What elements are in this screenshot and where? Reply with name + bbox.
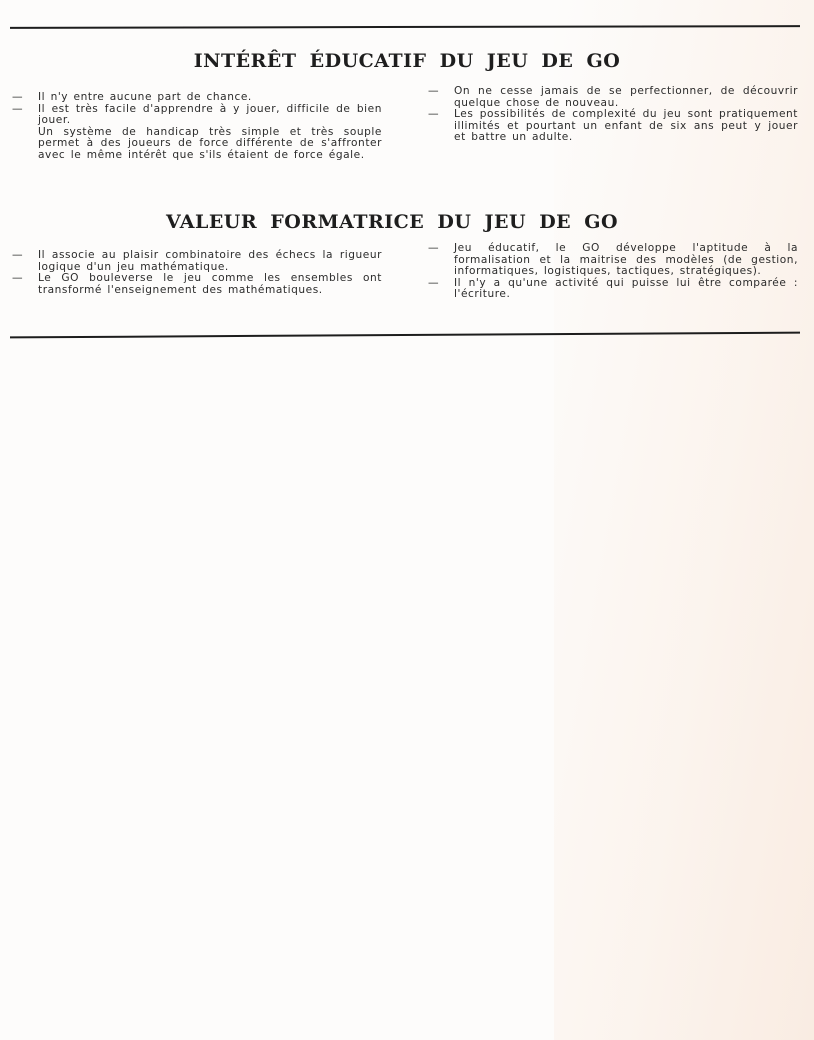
interet-right-column: — On ne cesse jamais de se perfectionner… xyxy=(428,86,798,144)
paragraph: Un système de handicap très simple et tr… xyxy=(12,127,382,162)
dash-marker: — xyxy=(12,250,23,262)
item-text: Le GO bouleverse le jeu comme les ensemb… xyxy=(38,272,382,296)
item-text: Les possibilités de complexité du jeu so… xyxy=(454,108,798,143)
list-item: — Il n'y a qu'une activité qui puisse lu… xyxy=(428,278,798,301)
valeur-right-column: — Jeu éducatif, le GO développe l'aptitu… xyxy=(428,243,798,301)
item-text: On ne cesse jamais de se perfectionner, … xyxy=(454,85,798,109)
list-item: — On ne cesse jamais de se perfectionner… xyxy=(428,86,798,109)
item-text: Jeu éducatif, le GO développe l'aptitude… xyxy=(454,242,798,277)
top-divider xyxy=(10,25,800,29)
interet-left-column: — Il n'y entre aucune part de chance. — … xyxy=(12,92,382,162)
item-text: Il n'y entre aucune part de chance. xyxy=(38,91,252,103)
section-title-interet-educatif: INTÉRÊT ÉDUCATIF DU JEU DE GO xyxy=(0,50,814,72)
list-item: — Jeu éducatif, le GO développe l'aptitu… xyxy=(428,243,798,278)
valeur-left-column: — Il associe au plaisir combinatoire des… xyxy=(12,250,382,296)
dash-marker: — xyxy=(12,273,23,285)
list-item: — Les possibilités de complexité du jeu … xyxy=(428,109,798,144)
item-text: Il n'y a qu'une activité qui puisse lui … xyxy=(454,277,798,301)
paper-shading xyxy=(554,0,814,1040)
dash-marker: — xyxy=(428,109,439,121)
item-text: Il associe au plaisir combinatoire des é… xyxy=(38,249,382,273)
item-text: Il est très facile d'apprendre à y jouer… xyxy=(38,103,382,127)
list-item: — Il associe au plaisir combinatoire des… xyxy=(12,250,382,273)
dash-marker: — xyxy=(428,243,439,255)
dash-marker: — xyxy=(12,104,23,116)
dash-marker: — xyxy=(428,278,439,290)
item-text: Un système de handicap très simple et tr… xyxy=(38,126,382,161)
dash-marker: — xyxy=(428,86,439,98)
dash-marker: — xyxy=(12,92,23,104)
bottom-divider xyxy=(10,332,800,339)
list-item: — Le GO bouleverse le jeu comme les ense… xyxy=(12,273,382,296)
section-title-valeur-formatrice: VALEUR FORMATRICE DU JEU DE GO xyxy=(0,211,799,233)
list-item: — Il est très facile d'apprendre à y jou… xyxy=(12,104,382,127)
